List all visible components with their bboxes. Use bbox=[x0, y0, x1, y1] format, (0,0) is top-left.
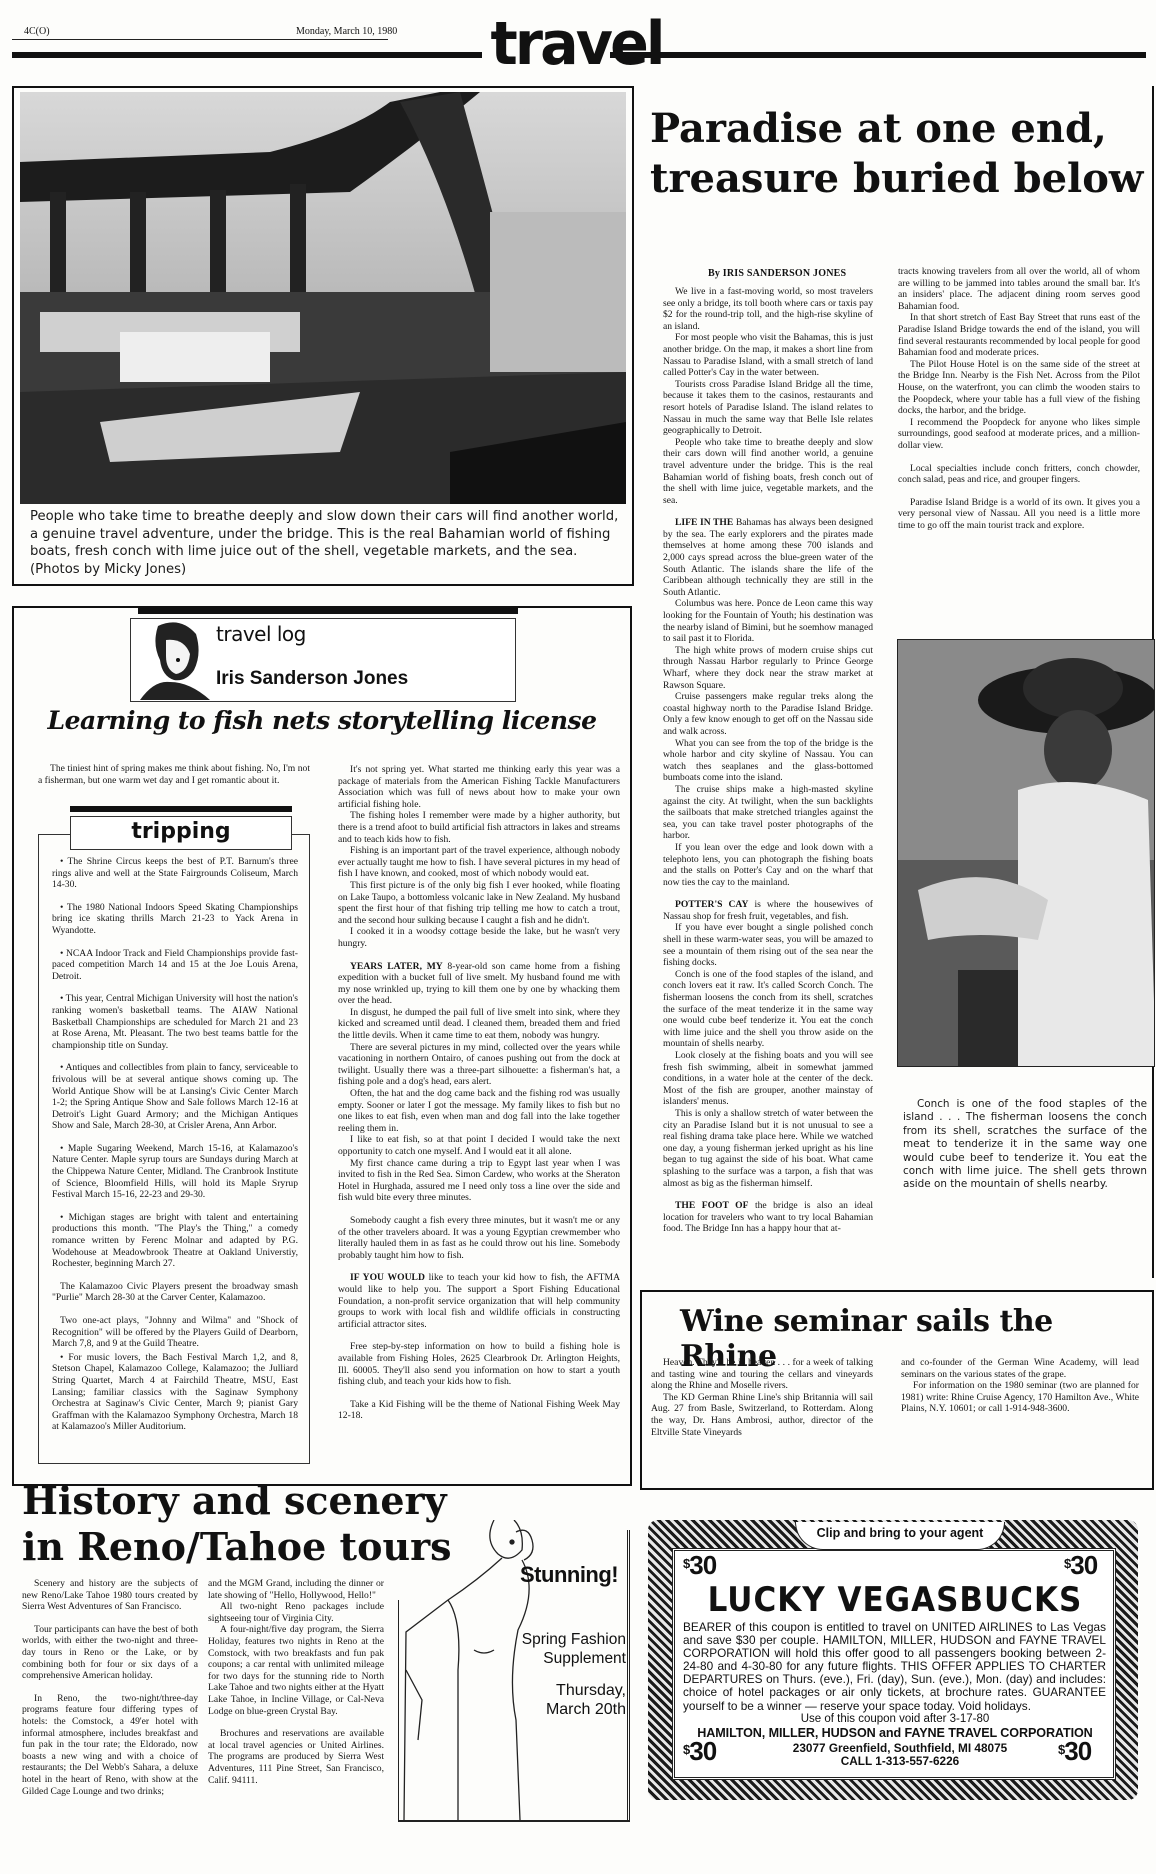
paragraph: IF YOU WOULD like to teach your kid how … bbox=[338, 1272, 620, 1330]
paragraph: I like to eat fish, so at that point I d… bbox=[338, 1134, 620, 1157]
paragraph: We live in a fast-moving world, so most … bbox=[663, 286, 873, 332]
wine-column-2: and co-founder of the German Wine Academ… bbox=[901, 1357, 1139, 1415]
paragraph: and co-founder of the German Wine Academ… bbox=[901, 1357, 1139, 1380]
paragraph: In disgust, he dumped the pail full of l… bbox=[338, 1007, 620, 1042]
paragraph: Fishing is an important part of the trav… bbox=[338, 845, 620, 880]
tripping-list: • The Shrine Circus keeps the best of P.… bbox=[52, 856, 298, 1444]
paragraph: THE FOOT OF the bridge is also an ideal … bbox=[663, 1200, 873, 1235]
paragraph: Brochures and reservations are available… bbox=[208, 1728, 384, 1786]
paragraph: LIFE IN THE Bahamas has always been desi… bbox=[663, 517, 873, 598]
paragraph: The high white prows of modern cruise sh… bbox=[663, 645, 873, 691]
issue-date: Monday, March 10, 1980 bbox=[296, 26, 397, 37]
headline-line-1: Paradise at one end, bbox=[650, 104, 1150, 154]
paragraph: In Reno, the two-night/three-day program… bbox=[22, 1693, 198, 1797]
coupon-amount-bottom-left: $30 bbox=[683, 1738, 716, 1764]
travel-log-intro: The tiniest hint of spring makes me thin… bbox=[38, 763, 310, 786]
paragraph: For most people who visit the Bahamas, t… bbox=[663, 332, 873, 378]
paragraph: POTTER'S CAY is where the housewives of … bbox=[663, 899, 873, 922]
paragraph: tracts knowing travelers from all over t… bbox=[898, 266, 1140, 312]
coupon-phone: CALL 1-313-557-6226 bbox=[760, 1755, 1040, 1768]
fisherman-photo-caption: Conch is one of the food staples of the … bbox=[903, 1098, 1147, 1192]
paragraph: I cooked it in a woodsy cottage beside t… bbox=[338, 926, 620, 949]
bridge-photo-icon bbox=[20, 92, 626, 504]
fashion-ad-headline: Stunning! bbox=[520, 1562, 618, 1588]
list-item: The Kalamazoo Civic Players present the … bbox=[52, 1281, 298, 1304]
travel-log-column-2: It's not spring yet. What started me thi… bbox=[338, 764, 620, 1422]
paragraph: All two-night Reno packages include sigh… bbox=[208, 1601, 384, 1624]
masthead-bar-left bbox=[12, 52, 482, 58]
column-label: travel log bbox=[216, 622, 306, 646]
byline: By IRIS SANDERSON JONES bbox=[708, 268, 846, 279]
paragraph: The Pilot House Hotel is on the same sid… bbox=[898, 359, 1140, 417]
paragraph: What you can see from the top of the bri… bbox=[663, 738, 873, 784]
subtitle-line-1: Spring Fashion bbox=[516, 1630, 626, 1649]
travel-log-headline: Learning to fish nets storytelling licen… bbox=[12, 706, 632, 735]
fisherman-photo-icon bbox=[897, 639, 1155, 1067]
tripping-bar bbox=[70, 806, 292, 812]
page-number: 4C(O) bbox=[24, 26, 50, 37]
paragraph: Tourists cross Paradise Island Bridge al… bbox=[663, 379, 873, 437]
paragraph: Tour participants can have the best of b… bbox=[22, 1624, 198, 1682]
paragraph: I recommend the Poopdeck for anyone who … bbox=[898, 417, 1140, 452]
paragraph: The KD German Rhine Line's ship Britanni… bbox=[651, 1392, 873, 1438]
masthead-bar-right bbox=[610, 52, 1146, 58]
paragraph: People who take time to breathe deeply a… bbox=[663, 437, 873, 507]
paragraph: Often, the hat and the dog came back and… bbox=[338, 1088, 620, 1134]
paragraph: This is only a shallow stretch of water … bbox=[663, 1108, 873, 1189]
paragraph: and the MGM Grand, including the dinner … bbox=[208, 1578, 384, 1601]
paragraph: It's not spring yet. What started me thi… bbox=[338, 764, 620, 810]
paragraph: Free step-by-step information on how to … bbox=[338, 1341, 620, 1387]
coupon-contact: 23077 Greenfield, Southfield, MI 48075 C… bbox=[760, 1742, 1040, 1768]
reno-column-2: and the MGM Grand, including the dinner … bbox=[208, 1578, 384, 1786]
paragraph: Take a Kid Fishing will be the theme of … bbox=[338, 1399, 620, 1422]
author-portrait-icon bbox=[140, 620, 210, 700]
masthead-rule bbox=[12, 39, 388, 40]
paragraph: There are several pictures in my mind, c… bbox=[338, 1042, 620, 1088]
fashion-ad-subtitle: Spring Fashion Supplement bbox=[516, 1630, 626, 1668]
paragraph: If you lean over the edge and look down … bbox=[663, 842, 873, 888]
list-item: Two one-act plays, "Johnny and Wilma" an… bbox=[52, 1315, 298, 1350]
paragraph: Heaven. They'll be in heaven . . . for a… bbox=[651, 1357, 873, 1392]
tripping-border-left bbox=[38, 834, 70, 835]
subtitle-line-2: Supplement bbox=[516, 1649, 626, 1668]
paragraph: My first chance came during a trip to Eg… bbox=[338, 1158, 620, 1204]
subhead-lead: YEARS LATER, MY bbox=[350, 961, 443, 972]
section-title: travel bbox=[491, 14, 663, 74]
coupon-amount-top-left: $30 bbox=[683, 1552, 716, 1578]
coupon-amount-top-right: $30 bbox=[1064, 1552, 1097, 1578]
paragraph: In that short stretch of East Bay Street… bbox=[898, 312, 1140, 358]
paradise-headline: Paradise at one end, treasure buried bel… bbox=[650, 104, 1150, 204]
date-day: Thursday, bbox=[520, 1681, 626, 1700]
paradise-column-2: tracts knowing travelers from all over t… bbox=[898, 266, 1140, 531]
paragraph: Paradise Island Bridge is a world of its… bbox=[898, 497, 1140, 532]
reno-column-1: Scenery and history are the subjects of … bbox=[22, 1578, 198, 1797]
column-author: Iris Sanderson Jones bbox=[216, 668, 408, 690]
paradise-column-1: We live in a fast-moving world, so most … bbox=[663, 286, 873, 1235]
coupon-company: HAMILTON, MILLER, HUDSON and FAYNE TRAVE… bbox=[680, 1726, 1110, 1740]
bridge-photo-caption: People who take time to breathe deeply a… bbox=[30, 508, 620, 578]
paragraph: For information on the 1980 seminar (two… bbox=[901, 1380, 1139, 1415]
coupon-amount-bottom-right: $30 bbox=[1058, 1738, 1091, 1764]
travel-log-bar bbox=[138, 606, 518, 614]
paragraph: Cruise passengers make regular treks alo… bbox=[663, 691, 873, 737]
coupon-title: LUCKY VEGASBUCKS bbox=[680, 1581, 1110, 1620]
list-item: • This year, Central Michigan University… bbox=[52, 993, 298, 1051]
list-item: • The Shrine Circus keeps the best of P.… bbox=[52, 856, 298, 891]
tripping-border-right bbox=[292, 834, 310, 835]
subhead-lead: THE FOOT OF bbox=[675, 1200, 749, 1211]
fashion-ad-date: Thursday, March 20th bbox=[520, 1681, 626, 1719]
paragraph: Somebody caught a fish every three minut… bbox=[338, 1215, 620, 1261]
coupon-terms: BEARER of this coupon is entitled to tra… bbox=[683, 1621, 1106, 1713]
paragraph: Columbus was here. Ponce de Leon came th… bbox=[663, 598, 873, 644]
subhead-lead: IF YOU WOULD bbox=[350, 1272, 425, 1283]
list-item: • For music lovers, the Bach Festival Ma… bbox=[52, 1352, 298, 1433]
coupon-void-note: Use of this coupon void after 3-17-80 bbox=[680, 1713, 1110, 1725]
paragraph: This first picture is of the only big fi… bbox=[338, 880, 620, 926]
paragraph: The fishing holes I remember were made b… bbox=[338, 810, 620, 845]
list-item: • Michigan stages are bright with talent… bbox=[52, 1212, 298, 1270]
list-item: • Maple Sugaring Weekend, March 15-16, a… bbox=[52, 1143, 298, 1201]
paragraph: Look closely at the fishing boats and yo… bbox=[663, 1050, 873, 1108]
paragraph: Scenery and history are the subjects of … bbox=[22, 1578, 198, 1613]
paragraph: Local specialties include conch fritters… bbox=[898, 463, 1140, 486]
list-item: • The 1980 National Indoors Speed Skatin… bbox=[52, 902, 298, 937]
paragraph: The cruise ships make a high-masted skyl… bbox=[663, 784, 873, 842]
paragraph: If you have ever bought a single polishe… bbox=[663, 922, 873, 968]
subhead-lead: POTTER'S CAY bbox=[675, 899, 748, 910]
tripping-title: tripping bbox=[70, 816, 292, 850]
headline-line-2: treasure buried below bbox=[650, 154, 1150, 204]
paragraph: Conch is one of the food staples of the … bbox=[663, 969, 873, 1050]
headline-line-1: History and scenery bbox=[22, 1478, 502, 1524]
wine-column-1: Heaven. They'll be in heaven . . . for a… bbox=[651, 1357, 873, 1438]
coupon-clip-label: Clip and bring to your agent bbox=[795, 1522, 1005, 1550]
paragraph: A four-night/five day program, the Sierr… bbox=[208, 1624, 384, 1717]
list-item: • NCAA Indoor Track and Field Championsh… bbox=[52, 948, 298, 983]
paragraph: YEARS LATER, MY 8-year-old son came home… bbox=[338, 961, 620, 1007]
subhead-lead: LIFE IN THE bbox=[675, 517, 733, 528]
date-value: March 20th bbox=[520, 1700, 626, 1719]
list-item: • Antiques and collectibles from plain t… bbox=[52, 1062, 298, 1132]
